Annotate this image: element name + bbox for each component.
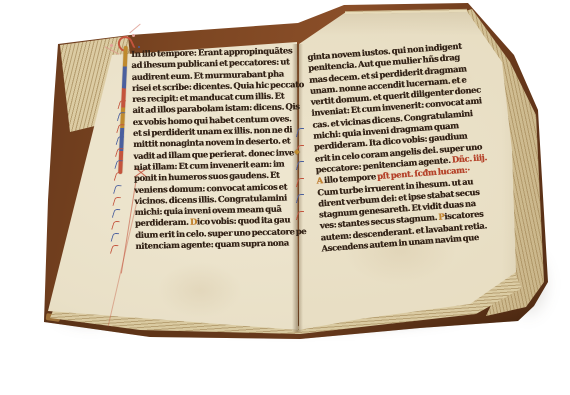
left-page-text: In illo tempore: Erant appropinquãtesad …	[131, 45, 302, 252]
flourish-dot	[138, 46, 140, 48]
flourish-dot	[110, 44, 113, 47]
flourish-sprig	[129, 24, 140, 34]
manuscript-text-segment: perdideram.	[135, 217, 190, 228]
flourish-dot	[132, 34, 135, 37]
manuscript-photo: In illo tempore: Erant appropinquãtesad …	[0, 0, 570, 395]
manuscript-text-segment: Dñc. iiij.	[451, 152, 487, 165]
manuscript-text-segment: nitenciam agente: quam supra nona	[135, 238, 289, 251]
right-page-text: ginta novem iustos. qui non indigentpeni…	[307, 39, 497, 255]
manuscript-text-segment: ico vobis: quod ita gau	[197, 215, 290, 227]
